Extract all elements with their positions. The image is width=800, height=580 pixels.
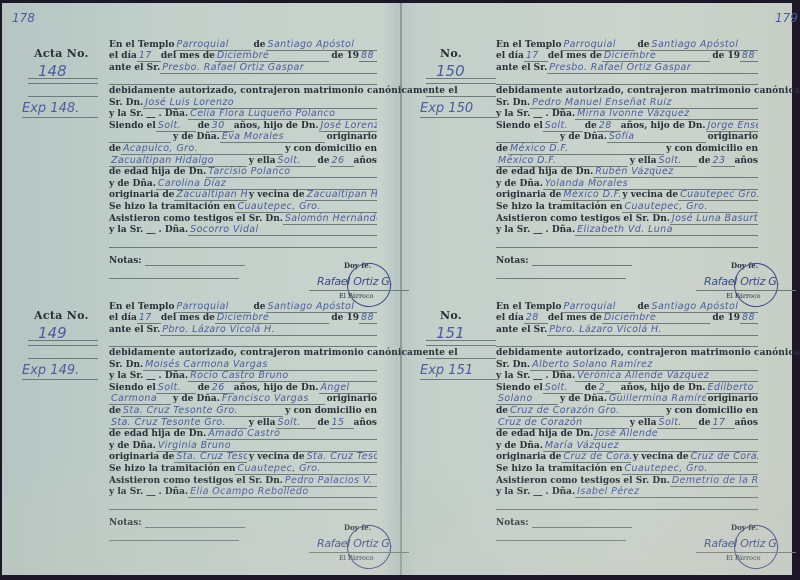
expediente-number: Exp 150: [420, 101, 496, 118]
form-label: y de Dña.: [173, 132, 220, 143]
form-label: de 19: [331, 51, 359, 62]
acta-number: 148: [28, 63, 98, 79]
form-label: del mes de: [161, 313, 215, 324]
groom-name-field: Moisés Carmona Vargas: [143, 359, 377, 371]
form-label: y ella: [630, 156, 657, 167]
form-label: de: [637, 302, 649, 313]
form-label: ante el Sr.: [109, 325, 160, 336]
form-label: de: [585, 383, 597, 394]
officiant-field: Pbro. Lázaro Vicolá H.: [547, 324, 758, 336]
bride-residence-field: Sta. Cruz Tesonte: [305, 451, 377, 463]
form-label: ante el Sr.: [496, 325, 547, 336]
officiant-field: Presbo. Rafael Ortiz Gaspar: [160, 62, 377, 74]
witness-2-field: Elizabeth Vd. Luna: [575, 224, 758, 236]
marriage-record-149: Acta No. 149 Exp 149. En el TemploParroq…: [6, 301, 396, 571]
groom-name-field: José Luis Lorenzo: [143, 97, 377, 109]
month-field: Diciembre: [215, 312, 329, 324]
groom-age-field: 30: [210, 120, 234, 132]
signature-block: Doy fe. Rafael Ortiz G. El Párroco: [686, 523, 796, 573]
day-field: 17: [137, 312, 161, 324]
month-field: Diciembre: [215, 50, 329, 62]
bride-mother-field: Carolina Díaz: [156, 178, 377, 190]
bride-age-field: 15: [330, 417, 354, 429]
record-form: En el TemploParroquialdeSantiago Apóstol…: [109, 39, 377, 279]
form-label: Sr. Dn.: [109, 360, 143, 371]
form-label: originaria de: [496, 190, 561, 201]
form-label: y con domicilio en: [666, 406, 758, 417]
bride-status-field: Solt.: [276, 417, 316, 429]
year-field: 88: [359, 312, 377, 324]
form-label: de 19: [712, 313, 740, 324]
processing-place-field: Cuautepec, Gro.: [235, 463, 377, 475]
form-label: y de Dña.: [109, 179, 156, 190]
groom-status-field: Solt.: [543, 120, 583, 132]
bride-father-field: Tarcisio Polanco: [206, 166, 377, 178]
notes-field-line-2: [496, 528, 626, 541]
form-label: de: [109, 144, 121, 155]
form-label: ante el Sr.: [109, 63, 160, 74]
form-label: de: [318, 156, 330, 167]
groom-father-cont-field: Carmona: [109, 393, 171, 405]
notes-label: Notas:: [109, 256, 142, 266]
form-label: Se hizo la tramitación en: [496, 202, 622, 213]
bride-origin-field: Zacualtipan Hidalgo: [174, 189, 246, 201]
notes-field-line-2: [109, 528, 239, 541]
acta-label: Acta No.: [34, 309, 89, 322]
acta-label: No.: [440, 309, 462, 322]
blank-line: [28, 83, 98, 84]
form-label: originaria de: [109, 452, 174, 463]
groom-mother-field: Sofía: [607, 131, 706, 143]
marriage-record-148: Acta No. 148 Exp 148. En el TemploParroq…: [6, 39, 396, 309]
form-label: y la Sr. __ . Dña.: [109, 371, 188, 382]
form-label: Siendo el: [109, 121, 156, 132]
left-page-number: 178: [12, 11, 35, 25]
marriage-record-151: No. 151 Exp 151 En el TemploParroquialde…: [404, 301, 794, 571]
bride-residence-field: Cruz de Corazón: [689, 451, 758, 463]
groom-age-field: 2_: [597, 382, 621, 394]
signature-block: Doy fe. Rafael Ortiz G. El Párroco: [299, 523, 409, 573]
bride-age-field: 26: [330, 155, 354, 167]
bride-origin-field: Sta. Cruz Tesonte: [174, 451, 246, 463]
notes-field: [532, 516, 632, 528]
acta-number: 150: [426, 63, 496, 79]
form-label: años, hijo de Dn.: [621, 121, 706, 132]
form-label: y de Dña.: [496, 441, 543, 452]
residence-field: Cruz de Corazón: [496, 417, 628, 429]
form-label: y con domicilio en: [285, 406, 377, 417]
month-field: Diciembre: [602, 50, 710, 62]
expediente-number: Exp 151: [420, 363, 496, 380]
bride-origin-field: Cruz de Corazón: [561, 451, 630, 463]
form-label: Se hizo la tramitación en: [109, 464, 235, 475]
notes-field: [145, 516, 245, 528]
open-register-book: 178 179 Acta No. 148 Exp 148. En el Temp…: [2, 3, 792, 575]
groom-father-cont-field: Solano: [496, 393, 558, 405]
bride-father-field: Amado Castro: [206, 428, 377, 440]
form-label: originario: [327, 394, 377, 405]
form-label: años: [354, 418, 377, 429]
notes-label: Notas:: [496, 256, 529, 266]
form-label: y ella: [630, 418, 657, 429]
blank-line: [496, 498, 758, 510]
form-label: y de Dña.: [560, 394, 607, 405]
form-label: de edad hija de Dn.: [109, 167, 206, 178]
signature-line: [309, 552, 409, 553]
form-label: de: [198, 383, 210, 394]
acta-label: Acta No.: [34, 47, 89, 60]
form-label: y de Dña.: [560, 132, 607, 143]
record-form: En el TemploParroquialdeSantiago Apóstol…: [109, 301, 377, 541]
form-label: del mes de: [548, 51, 602, 62]
bride-age-field: 17: [711, 417, 735, 429]
form-label: En el Templo: [496, 302, 561, 313]
record-form: En el TemploParroquialdeSantiago Apóstol…: [496, 39, 758, 279]
groom-origin-field: Acapulco, Gro.: [121, 143, 283, 155]
form-label: Asistieron como testigos el Sr. Dn.: [109, 214, 283, 225]
bride-name-field: Rocío Castro Bruno: [188, 370, 377, 382]
blank-line: [426, 96, 496, 97]
form-label: años, hijo de Dn.: [621, 383, 706, 394]
form-label: años: [735, 418, 758, 429]
templo-field: Parroquial: [561, 301, 635, 313]
bride-status-field: Solt.: [657, 155, 697, 167]
templo-de-field: Santiago Apóstol: [266, 39, 378, 51]
year-field: 88: [359, 50, 377, 62]
form-label: y la Sr. __ . Dña.: [109, 487, 188, 498]
form-label: Se hizo la tramitación en: [109, 202, 235, 213]
form-label: años, hijo de Dn.: [234, 121, 319, 132]
form-label: años: [735, 156, 758, 167]
blank-line: [426, 358, 496, 359]
signature-line: [696, 290, 796, 291]
form-label: originario: [708, 132, 758, 143]
templo-de-field: Santiago Apóstol: [650, 39, 759, 51]
bride-status-field: Solt.: [276, 155, 316, 167]
groom-mother-field: Francisco Vargas: [220, 393, 325, 405]
form-label: En el Templo: [109, 40, 174, 51]
form-label: Sr. Dn.: [496, 360, 530, 371]
form-label: de 19: [712, 51, 740, 62]
form-label: En el Templo: [496, 40, 561, 51]
form-label: Siendo el: [109, 383, 156, 394]
processing-place-field: Cuautepec, Gro.: [235, 201, 377, 213]
form-label: Siendo el: [496, 383, 543, 394]
witness-2-field: Elia Ocampo Rebolledo: [188, 486, 377, 498]
witness-1-field: José Luna Basurto: [670, 213, 758, 225]
groom-origin-field: México D.F.: [508, 143, 664, 155]
blank-line: [496, 336, 758, 348]
form-label: Siendo el: [496, 121, 543, 132]
form-label: y la Sr. __ . Dña.: [496, 225, 575, 236]
form-label: Asistieron como testigos el Sr. Dn.: [496, 476, 670, 487]
residence-field: Zacualtipan Hidalgo: [109, 155, 247, 167]
residence-field: México D.F.: [496, 155, 628, 167]
blank-line: [109, 498, 377, 510]
form-label: de: [699, 418, 711, 429]
groom-name-field: Alberto Solano Ramírez: [530, 359, 758, 371]
record-form: En el TemploParroquialdeSantiago Apóstol…: [496, 301, 758, 541]
acta-label: No.: [440, 47, 462, 60]
blank-line: [28, 345, 98, 346]
witness-1-field: Pedro Palacios V.: [283, 475, 377, 487]
groom-status-field: Solt.: [543, 382, 583, 394]
form-label: y vecina de: [249, 452, 305, 463]
form-label: de: [318, 418, 330, 429]
notes-field: [145, 254, 245, 266]
form-label: de: [109, 406, 121, 417]
form-label: el día: [496, 51, 524, 62]
form-label: y de Dña.: [496, 179, 543, 190]
groom-status-field: Solt.: [156, 120, 196, 132]
bride-residence-field: Cuautepec Gro.: [678, 189, 758, 201]
blank-line: [496, 74, 758, 86]
blank-line: [109, 236, 377, 248]
form-label: y de Dña.: [173, 394, 220, 405]
bride-mother-field: Yolanda Morales: [543, 178, 758, 190]
form-label: y ella: [249, 418, 276, 429]
bride-name-field: Verónica Allende Vázquez: [575, 370, 758, 382]
form-label: de: [585, 121, 597, 132]
blank-line: [426, 83, 496, 84]
blank-line: [28, 96, 98, 97]
form-label: originario: [327, 132, 377, 143]
groom-name-field: Pedro Manuel Enseñat Ruiz: [530, 97, 758, 109]
form-label: de: [496, 406, 508, 417]
form-label: originario: [708, 394, 758, 405]
signature-line: [696, 552, 796, 553]
form-label: y la Sr. __ . Dña.: [496, 487, 575, 498]
acta-number: 151: [426, 325, 496, 341]
form-label: y con domicilio en: [285, 144, 377, 155]
notes-label: Notas:: [109, 518, 142, 528]
blank-line: [426, 345, 496, 346]
form-label: ante el Sr.: [496, 63, 547, 74]
blank-line: [109, 336, 377, 348]
form-label: y la Sr. __ . Dña.: [109, 225, 188, 236]
form-label: el día: [109, 313, 137, 324]
groom-origin-field: Sta. Cruz Tesonte Gro.: [121, 405, 283, 417]
day-field: 17: [524, 50, 548, 62]
templo-field: Parroquial: [174, 301, 251, 313]
form-label: años: [354, 156, 377, 167]
expediente-number: Exp 148.: [22, 101, 98, 118]
processing-place-field: Cuautepec, Gro.: [622, 201, 758, 213]
groom-status-field: Solt.: [156, 382, 196, 394]
form-label: y la Sr. __ . Dña.: [496, 109, 575, 120]
form-label: de: [496, 144, 508, 155]
month-field: Diciembre: [602, 312, 710, 324]
form-label: y la Sr. __ . Dña.: [496, 371, 575, 382]
processing-place-field: Cuautepec, Gro.: [622, 463, 758, 475]
notes-field: [532, 254, 632, 266]
form-label: de edad hija de Dn.: [496, 429, 593, 440]
groom-age-field: 26: [210, 382, 234, 394]
form-label: y ella: [249, 156, 276, 167]
form-label: y con domicilio en: [666, 144, 758, 155]
form-label: de: [699, 156, 711, 167]
form-label: de edad hija de Dn.: [109, 429, 206, 440]
blank-line: [109, 74, 377, 86]
bride-status-field: Solt.: [657, 417, 697, 429]
form-label: Asistieron como testigos el Sr. Dn.: [496, 214, 670, 225]
form-label: En el Templo: [109, 302, 174, 313]
templo-field: Parroquial: [561, 39, 635, 51]
bride-mother-field: Virginia Bruno: [156, 440, 377, 452]
form-label: el día: [496, 313, 524, 324]
witness-1-field: Salomón Hernández: [283, 213, 377, 225]
year-field: 88: [740, 312, 758, 324]
year-field: 88: [740, 50, 758, 62]
blank-line: [496, 236, 758, 248]
form-label: de edad hija de Dn.: [496, 167, 593, 178]
form-label: de 19: [331, 313, 359, 324]
form-label: del mes de: [548, 313, 602, 324]
parish-priest-signature: Rafael Ortiz G.: [704, 275, 780, 288]
form-label: originaria de: [496, 452, 561, 463]
parish-priest-title: El Párroco: [726, 292, 761, 300]
form-label: Se hizo la tramitación en: [496, 464, 622, 475]
form-label: y vecina de: [249, 190, 305, 201]
parish-priest-title: El Párroco: [339, 554, 374, 562]
bride-age-field: 23: [711, 155, 735, 167]
form-label: originaria de: [109, 190, 174, 201]
bride-origin-field: México D.F.: [561, 189, 620, 201]
acta-number: 149: [28, 325, 98, 341]
groom-age-field: 28: [597, 120, 621, 132]
parish-priest-signature: Rafael Ortiz G.: [704, 537, 780, 550]
bride-name-field: Celia Flora Luqueño Polanco: [188, 108, 377, 120]
templo-de-field: Santiago Apóstol: [650, 301, 759, 313]
form-label: Sr. Dn.: [109, 98, 143, 109]
groom-father-field: José Lorenzo: [319, 120, 378, 132]
groom-mother-field: Guillermina Ramírez: [607, 393, 706, 405]
groom-origin-field: Cruz de Corazón Gro.: [508, 405, 664, 417]
parish-priest-signature: Rafael Ortiz G.: [317, 275, 393, 288]
form-label: y de Dña.: [109, 441, 156, 452]
form-label: de: [637, 40, 649, 51]
parish-priest-signature: Rafael Ortiz G.: [317, 537, 393, 550]
day-field: 17: [137, 50, 161, 62]
form-label: del mes de: [161, 51, 215, 62]
templo-de-field: Santiago Apóstol: [266, 301, 378, 313]
form-label: años, hijo de Dn.: [234, 383, 319, 394]
form-label: y la Sr. __ . Dña.: [109, 109, 188, 120]
form-label: debidamente autorizado, contrajeron matr…: [496, 348, 800, 359]
notes-field-line-2: [496, 266, 626, 279]
expediente-number: Exp 149.: [22, 363, 98, 380]
templo-field: Parroquial: [174, 39, 251, 51]
notes-field-line-2: [109, 266, 239, 279]
form-label: Asistieron como testigos el Sr. Dn.: [109, 476, 283, 487]
form-label: Sr. Dn.: [496, 98, 530, 109]
groom-father-field: Ángel: [319, 382, 378, 394]
form-label: debidamente autorizado, contrajeron matr…: [496, 86, 800, 97]
notes-label: Notas:: [496, 518, 529, 528]
form-label: de: [253, 40, 265, 51]
bride-father-field: Rubén Vázquez: [593, 166, 758, 178]
marriage-record-150: No. 150 Exp 150 En el TemploParroquialde…: [404, 39, 794, 309]
signature-line: [309, 290, 409, 291]
groom-father-field: Jorge Enseñat Ruiz: [706, 120, 759, 132]
form-label: de: [198, 121, 210, 132]
witness-2-field: Socorro Vidal: [188, 224, 377, 236]
officiant-field: Pbro. Lázaro Vicolá H.: [160, 324, 377, 336]
groom-father-cont-field: [109, 131, 171, 143]
parish-priest-title: El Párroco: [726, 554, 761, 562]
right-page-number: 179: [775, 11, 798, 25]
residence-field: Sta. Cruz Tesonte Gro.: [109, 417, 247, 429]
bride-residence-field: Zacualtipan Hidalgo: [305, 189, 377, 201]
blank-line: [28, 358, 98, 359]
witness-1-field: Demetrio de la Rosa: [670, 475, 758, 487]
form-label: y vecina de: [622, 190, 678, 201]
officiant-field: Presbo. Rafael Ortiz Gaspar: [547, 62, 758, 74]
bride-name-field: Mirna Ivonne Vázquez: [575, 108, 758, 120]
bride-father-field: José Allende: [593, 428, 758, 440]
witness-2-field: Isabel Pérez: [575, 486, 758, 498]
groom-father-cont-field: [496, 131, 558, 143]
day-field: 28: [524, 312, 548, 324]
bride-mother-field: María Vázquez: [543, 440, 758, 452]
form-label: y vecina de: [633, 452, 689, 463]
form-label: el día: [109, 51, 137, 62]
groom-mother-field: Eva Morales: [220, 131, 325, 143]
groom-father-field: Edilberto: [706, 382, 759, 394]
form-label: de: [253, 302, 265, 313]
parish-priest-title: El Párroco: [339, 292, 374, 300]
